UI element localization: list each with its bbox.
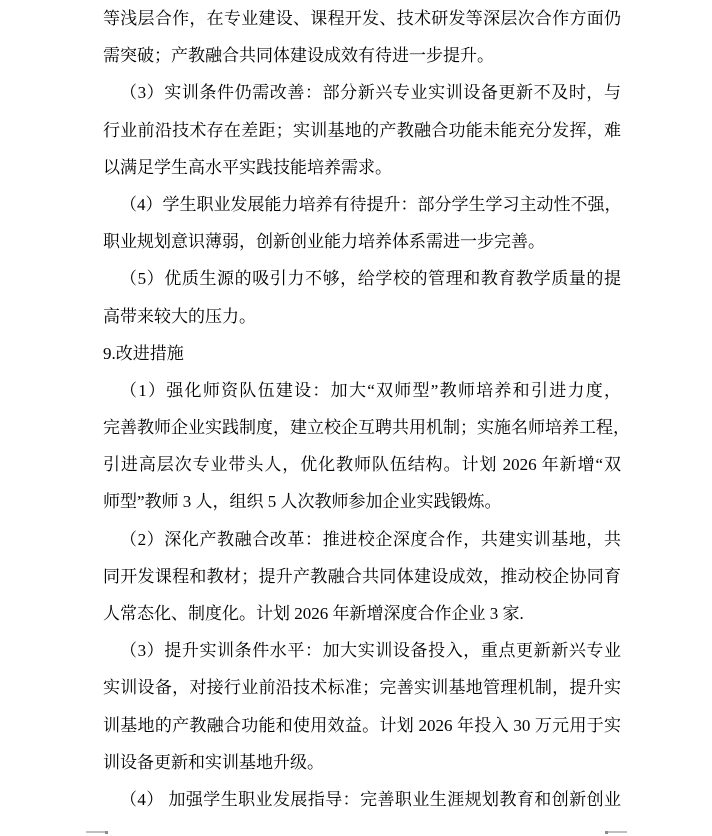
text-line[interactable]: （3）实训条件仍需改善：部分新兴专业实训设备更新不及时，与 [103, 74, 621, 111]
text-line[interactable]: 同开发课程和教材；提升产教融合共同体建设成效，推动校企协同育 [103, 558, 621, 595]
text-line[interactable]: 行业前沿技术存在差距；实训基地的产教融合功能未能充分发挥，难 [103, 112, 621, 149]
text-line[interactable]: （2）深化产教融合改革：推进校企深度合作，共建实训基地，共 [103, 521, 621, 558]
text-line[interactable]: 职业规划意识薄弱，创新创业能力培养体系需进一步完善。 [103, 223, 621, 260]
text-line[interactable]: 实训设备，对接行业前沿技术标准；完善实训基地管理机制，提升实 [103, 669, 621, 706]
text-line[interactable]: （5）优质生源的吸引力不够，给学校的管理和教育教学质量的提 [103, 260, 621, 297]
text-line[interactable]: 完善教师企业实践制度，建立校企互聘共用机制；实施名师培养工程， [103, 409, 621, 446]
boundary-mark-tick [605, 831, 608, 834]
text-line[interactable]: 师型”教师 3 人，组织 5 人次教师参加企业实践锻炼。 [103, 483, 621, 520]
text-line[interactable]: 训基地的产教融合功能和使用效益。计划 2026 年投入 30 万元用于实 [103, 707, 621, 744]
boundary-mark-tick [105, 831, 108, 834]
text-line[interactable]: 训设备更新和实训基地升级。 [103, 744, 621, 781]
section-heading[interactable]: 9.改进措施 [103, 335, 621, 372]
next-page-boundary-mark-left [86, 831, 108, 834]
text-line[interactable]: （3）提升实训条件水平：加大实训设备投入，重点更新新兴专业 [103, 632, 621, 669]
text-line[interactable]: 人常态化、制度化。计划 2026 年新增深度合作企业 3 家. [103, 595, 621, 632]
document-page[interactable]: 等浅层合作，在专业建设、课程开发、技术研发等深层次合作方面仍 需突破；产教融合共… [0, 0, 712, 836]
text-line[interactable]: （4） 加强学生职业发展指导：完善职业生涯规划教育和创新创业 [103, 781, 621, 818]
text-line[interactable]: 以满足学生高水平实践技能培养需求。 [103, 149, 621, 186]
text-line[interactable]: 需突破；产教融合共同体建设成效有待进一步提升。 [103, 37, 621, 74]
text-line[interactable]: 引进高层次专业带头人，优化教师队伍结构。计划 2026 年新增“双 [103, 446, 621, 483]
next-page-boundary-mark-right [605, 831, 627, 834]
text-line[interactable]: （1）强化师资队伍建设：加大“双师型”教师培养和引进力度， [103, 372, 621, 409]
text-line[interactable]: （4）学生职业发展能力培养有待提升：部分学生学习主动性不强， [103, 186, 621, 223]
document-text-area[interactable]: 等浅层合作，在专业建设、课程开发、技术研发等深层次合作方面仍 需突破；产教融合共… [103, 0, 621, 818]
text-line[interactable]: 高带来较大的压力。 [103, 298, 621, 335]
boundary-mark-bar [605, 831, 627, 833]
text-line[interactable]: 等浅层合作，在专业建设、课程开发、技术研发等深层次合作方面仍 [103, 0, 621, 37]
